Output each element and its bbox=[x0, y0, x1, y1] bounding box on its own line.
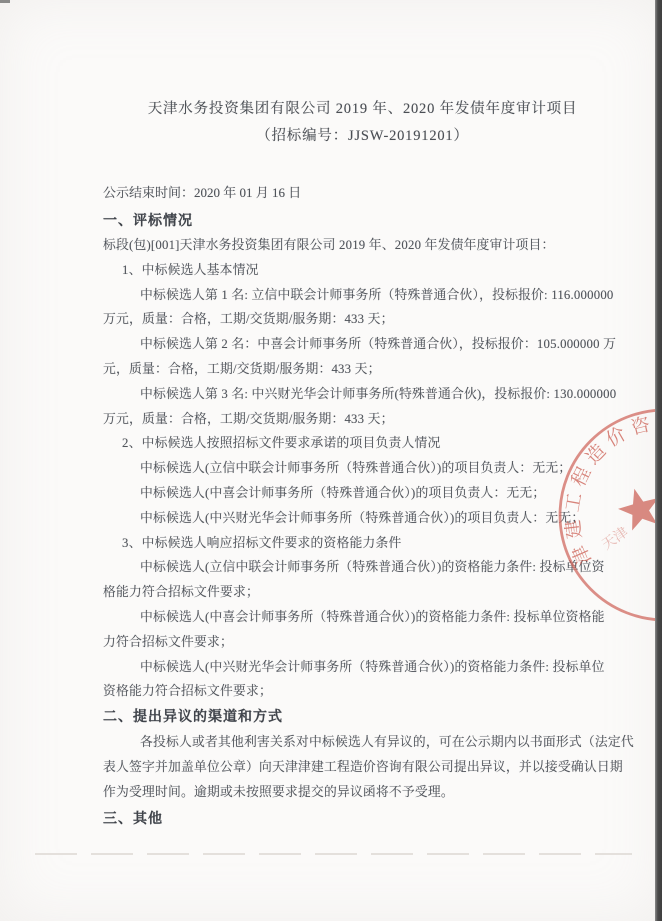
document-line: 1、中标候选人基本情况 bbox=[103, 258, 622, 283]
document-line: 作为受理时间。逾期或未按照要求提交的异议函将不予受理。 bbox=[103, 780, 622, 805]
document-line: 格能力符合招标文件要求； bbox=[103, 580, 622, 605]
document-line: 中标候选人(中喜会计师事务所（特殊普通合伙）)的项目负责人：无无； bbox=[103, 481, 622, 506]
document-body: 天津水务投资集团有限公司 2019 年、2020 年发债年度审计项目 （招标编号… bbox=[103, 96, 622, 832]
publicity-end-time: 公示结束时间：2020 年 01 月 16 日 bbox=[103, 180, 622, 205]
scan-artifact-speck bbox=[0, 0, 10, 3]
document-line: 各投标人或者其他利害关系对中标候选人有异议的，可在公示期内以书面形式（法定代 bbox=[103, 730, 622, 755]
document-line: 2、中标候选人按照招标文件要求承诺的项目负责人情况 bbox=[103, 431, 622, 456]
document-line: 中标候选人第 2 名：中喜会计师事务所（特殊普通合伙），投标报价：105.000… bbox=[103, 332, 622, 357]
tender-number: （招标编号：JJSW-20191201） bbox=[103, 123, 622, 150]
document-title: 天津水务投资集团有限公司 2019 年、2020 年发债年度审计项目 bbox=[103, 96, 622, 123]
section-1-heading: 一、评标情况 bbox=[103, 211, 622, 233]
document-line: 元，质量：合格，工期/交货期/服务期：433 天； bbox=[103, 357, 622, 382]
document-line: 3、中标候选人响应招标文件要求的资格能力条件 bbox=[103, 531, 622, 556]
document-line: 资格能力符合招标文件要求； bbox=[103, 679, 622, 704]
document-line: 中标候选人(中兴财光华会计师事务所（特殊普通合伙）)的资格能力条件: 投标单位 bbox=[103, 655, 622, 680]
scan-artifact-line bbox=[35, 853, 632, 855]
section-2-heading: 二、提出异议的渠道和方式 bbox=[103, 706, 622, 730]
document-line: 表人签字并加盖单位公章）向天津津建工程造价咨询有限公司提出异议，并以接受确认日期 bbox=[103, 755, 622, 780]
document-line: 标段(包)[001]天津水务投资集团有限公司 2019 年、2020 年发债年度… bbox=[103, 233, 622, 258]
document-line: 中标候选人(立信中联会计师事务所（特殊普通合伙）)的资格能力条件: 投标单位资 bbox=[103, 555, 622, 580]
document-line: 中标候选人(中喜会计师事务所（特殊普通合伙）)的资格能力条件: 投标单位资格能 bbox=[103, 605, 622, 630]
document-line: 中标候选人第 3 名: 中兴财光华会计师事务所(特殊普通合伙)，投标报价: 13… bbox=[103, 382, 622, 407]
document-line: 中标候选人(立信中联会计师事务所（特殊普通合伙）)的项目负责人：无无； bbox=[103, 456, 622, 481]
section-3-heading: 三、其他 bbox=[103, 808, 622, 832]
document-line: 万元，质量：合格，工期/交货期/服务期：433 天； bbox=[103, 407, 622, 432]
document-line: 中标候选人第 1 名: 立信中联会计师事务所（特殊普通合伙），投标报价: 116… bbox=[103, 283, 622, 308]
document-line: 中标候选人(中兴财光华会计师事务所（特殊普通合伙）)的项目负责人：无无； bbox=[103, 506, 622, 531]
document-line: 力符合招标文件要求； bbox=[103, 630, 622, 655]
scan-edge bbox=[655, 0, 662, 921]
document-line: 万元，质量：合格，工期/交货期/服务期：433 天； bbox=[103, 307, 622, 332]
scanned-document-page: 天津水务投资集团有限公司 2019 年、2020 年发债年度审计项目 （招标编号… bbox=[0, 0, 662, 921]
